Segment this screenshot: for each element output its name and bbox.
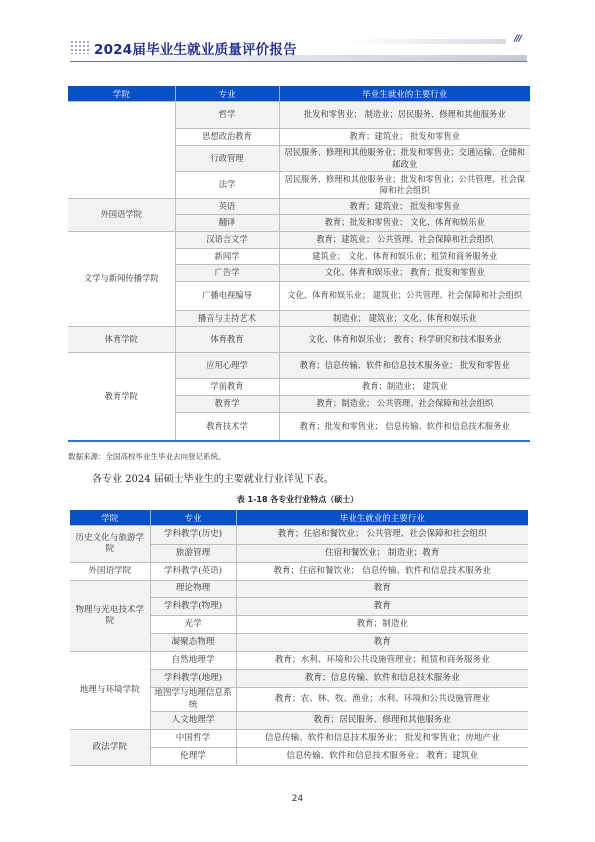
table-row: 地理与环境学院 自然地理学 教育；水利、环境和公共设施管理业；租赁和商务服务业 [70, 652, 528, 670]
college-cell: 物理与光电技术学院 [70, 581, 150, 652]
industry-cell: 教育；批发和零售业； 文化、体育和娱乐业 [279, 215, 530, 232]
table-row: 历史文化与旅游学院 学科教学(历史) 教育；住宿和餐饮业； 公共管理、社会保障和… [70, 526, 528, 545]
major-cell: 理论物理 [150, 581, 236, 598]
college-cell [68, 102, 175, 199]
industry-cell: 教育 [236, 581, 528, 598]
industry-cell: 教育；制造业； 建筑业 [279, 379, 530, 396]
body-paragraph: 各专业 2024 届硕士毕业生的主要就业行业详见下表。 [92, 470, 334, 485]
table-row: 外国语学院 学科教学(英语) 教育；住宿和餐饮业； 信息传输、软件和信息技术服务… [70, 563, 528, 581]
major-cell: 凝聚态物理 [150, 634, 236, 652]
industry-cell: 教育；制造业； 公共管理、社会保障和社会组织 [279, 396, 530, 413]
industry-cell: 教育；信息传输、软件和信息技术服务业 [236, 670, 528, 688]
data-source-note: 数据来源：全国高校毕业生毕业去向登记系统。 [68, 451, 226, 462]
major-cell: 哲学 [175, 102, 279, 129]
table-row: 教育学院 应用心理学 教育；信息传输、软件和信息技术服务业； 批发和零售业 [68, 353, 530, 379]
major-cell: 教育技术学 [175, 413, 279, 441]
major-cell: 伦理学 [150, 748, 236, 766]
college-cell: 地理与环境学院 [70, 652, 150, 730]
major-cell: 体育教育 [175, 327, 279, 353]
col-header-major: 专业 [150, 510, 236, 526]
col-header-college: 学院 [68, 86, 175, 102]
industry-cell: 文化、体育和娱乐业； 教育；批发和零售业 [279, 265, 530, 282]
major-cell: 行政管理 [175, 146, 279, 172]
industry-cell: 教育；水利、环境和公共设施管理业；租赁和商务服务业 [236, 652, 528, 670]
major-cell: 英语 [175, 199, 279, 215]
col-header-college: 学院 [70, 510, 150, 526]
industry-cell: 教育 [236, 634, 528, 652]
page-header: 2024届毕业生就业质量评价报告 /// [70, 36, 527, 62]
table-undergrad-industries: 学院 专业 毕业生就业的主要行业 哲学 批发和零售业； 制造业；居民服务、修理和… [68, 86, 530, 442]
major-cell: 地图学与地理信息系统 [150, 688, 236, 712]
industry-cell: 文化、体育和娱乐业； 建筑业；公共管理、社会保障和社会组织 [279, 282, 530, 311]
page-number: 24 [0, 794, 595, 804]
industry-cell: 制造业； 建筑业；文化、体育和娱乐业 [279, 311, 530, 327]
college-cell: 教育学院 [68, 353, 175, 441]
college-cell: 历史文化与旅游学院 [70, 526, 150, 563]
table-row: 体育学院 体育教育 文化、体育和娱乐业； 教育；科学研究和技术服务业 [68, 327, 530, 353]
industry-cell: 教育；信息传输、软件和信息技术服务业； 批发和零售业 [279, 353, 530, 379]
major-cell: 自然地理学 [150, 652, 236, 670]
report-title: 2024届毕业生就业质量评价报告 [94, 38, 297, 58]
table-row: 外国语学院 英语 教育；建筑业； 批发和零售业 [68, 199, 530, 215]
major-cell: 学科教学(历史) [150, 526, 236, 545]
college-cell: 文学与新闻传播学院 [68, 232, 175, 327]
table-row: 哲学 批发和零售业； 制造业；居民服务、修理和其他服务业 [68, 102, 530, 129]
major-cell: 法学 [175, 172, 279, 199]
industry-cell: 教育；制造业 [236, 616, 528, 634]
major-cell: 旅游管理 [150, 545, 236, 563]
slashes-decoration-icon: /// [514, 34, 521, 44]
table-row: 文学与新闻传播学院 汉语言文学 教育；建筑业； 公共管理、社会保障和社会组织 [68, 232, 530, 249]
industry-cell: 居民服务、修理和其他服务业；批发和零售业；交通运输、仓储和邮政业 [279, 146, 530, 172]
industry-cell: 批发和零售业； 制造业；居民服务、修理和其他服务业 [279, 102, 530, 129]
major-cell: 广告学 [175, 265, 279, 282]
major-cell: 播音与主持艺术 [175, 311, 279, 327]
header-decor-bar [346, 39, 506, 44]
industry-cell: 教育 [236, 598, 528, 616]
industry-cell: 教育；建筑业； 批发和零售业 [279, 129, 530, 146]
major-cell: 应用心理学 [175, 353, 279, 379]
major-cell: 学科教学(地理) [150, 670, 236, 688]
industry-cell: 教育；建筑业； 公共管理、社会保障和社会组织 [279, 232, 530, 249]
table-row: 物理与光电技术学院 理论物理 教育 [70, 581, 528, 598]
col-header-major: 专业 [175, 86, 279, 102]
major-cell: 学科教学(物理) [150, 598, 236, 616]
major-cell: 教育学 [175, 396, 279, 413]
major-cell: 新闻学 [175, 249, 279, 265]
industry-cell: 教育；住宿和餐饮业； 公共管理、社会保障和社会组织 [236, 526, 528, 545]
industry-cell: 信息传输、软件和信息技术服务业； 教育；建筑业 [236, 748, 528, 766]
dots-decoration-icon [70, 40, 90, 54]
major-cell: 学前教育 [175, 379, 279, 396]
industry-cell: 教育；居民服务、修理和其他服务业 [236, 712, 528, 730]
table-row: 政法学院 中国哲学 信息传输、软件和信息技术服务业； 批发和零售业；房地产业 [70, 730, 528, 748]
industry-cell: 文化、体育和娱乐业； 教育；科学研究和技术服务业 [279, 327, 530, 353]
college-cell: 体育学院 [68, 327, 175, 353]
col-header-industry: 毕业生就业的主要行业 [236, 510, 528, 526]
major-cell: 汉语言文学 [175, 232, 279, 249]
industry-cell: 住宿和餐饮业； 制造业；教育 [236, 545, 528, 563]
col-header-industry: 毕业生就业的主要行业 [279, 86, 530, 102]
industry-cell: 居民服务、修理和其他服务业；批发和零售业；公共管理、社会保障和社会组织 [279, 172, 530, 199]
college-cell: 政法学院 [70, 730, 150, 766]
industry-cell: 教育；建筑业； 批发和零售业 [279, 199, 530, 215]
table-header-row: 学院 专业 毕业生就业的主要行业 [70, 510, 528, 526]
major-cell: 思想政治教育 [175, 129, 279, 146]
major-cell: 广播电视编导 [175, 282, 279, 311]
major-cell: 中国哲学 [150, 730, 236, 748]
industry-cell: 建筑业； 文化、体育和娱乐业；租赁和商务服务业 [279, 249, 530, 265]
industry-cell: 教育；批发和零售业； 信息传输、软件和信息技术服务业 [279, 413, 530, 441]
major-cell: 人文地理学 [150, 712, 236, 730]
major-cell: 翻译 [175, 215, 279, 232]
major-cell: 学科教学(英语) [150, 563, 236, 581]
table-header-row: 学院 专业 毕业生就业的主要行业 [68, 86, 530, 102]
industry-cell: 教育；农、林、牧、渔业；水利、环境和公共设施管理业 [236, 688, 528, 712]
college-cell: 外国语学院 [68, 199, 175, 232]
industry-cell: 教育；住宿和餐饮业； 信息传输、软件和信息技术服务业 [236, 563, 528, 581]
industry-cell: 信息传输、软件和信息技术服务业； 批发和零售业；房地产业 [236, 730, 528, 748]
college-cell: 外国语学院 [70, 563, 150, 581]
major-cell: 光学 [150, 616, 236, 634]
table-caption: 表 1-18 各专业行业特点（硕士） [0, 494, 595, 505]
table-master-industries: 学院 专业 毕业生就业的主要行业 历史文化与旅游学院 学科教学(历史) 教育；住… [70, 510, 528, 766]
